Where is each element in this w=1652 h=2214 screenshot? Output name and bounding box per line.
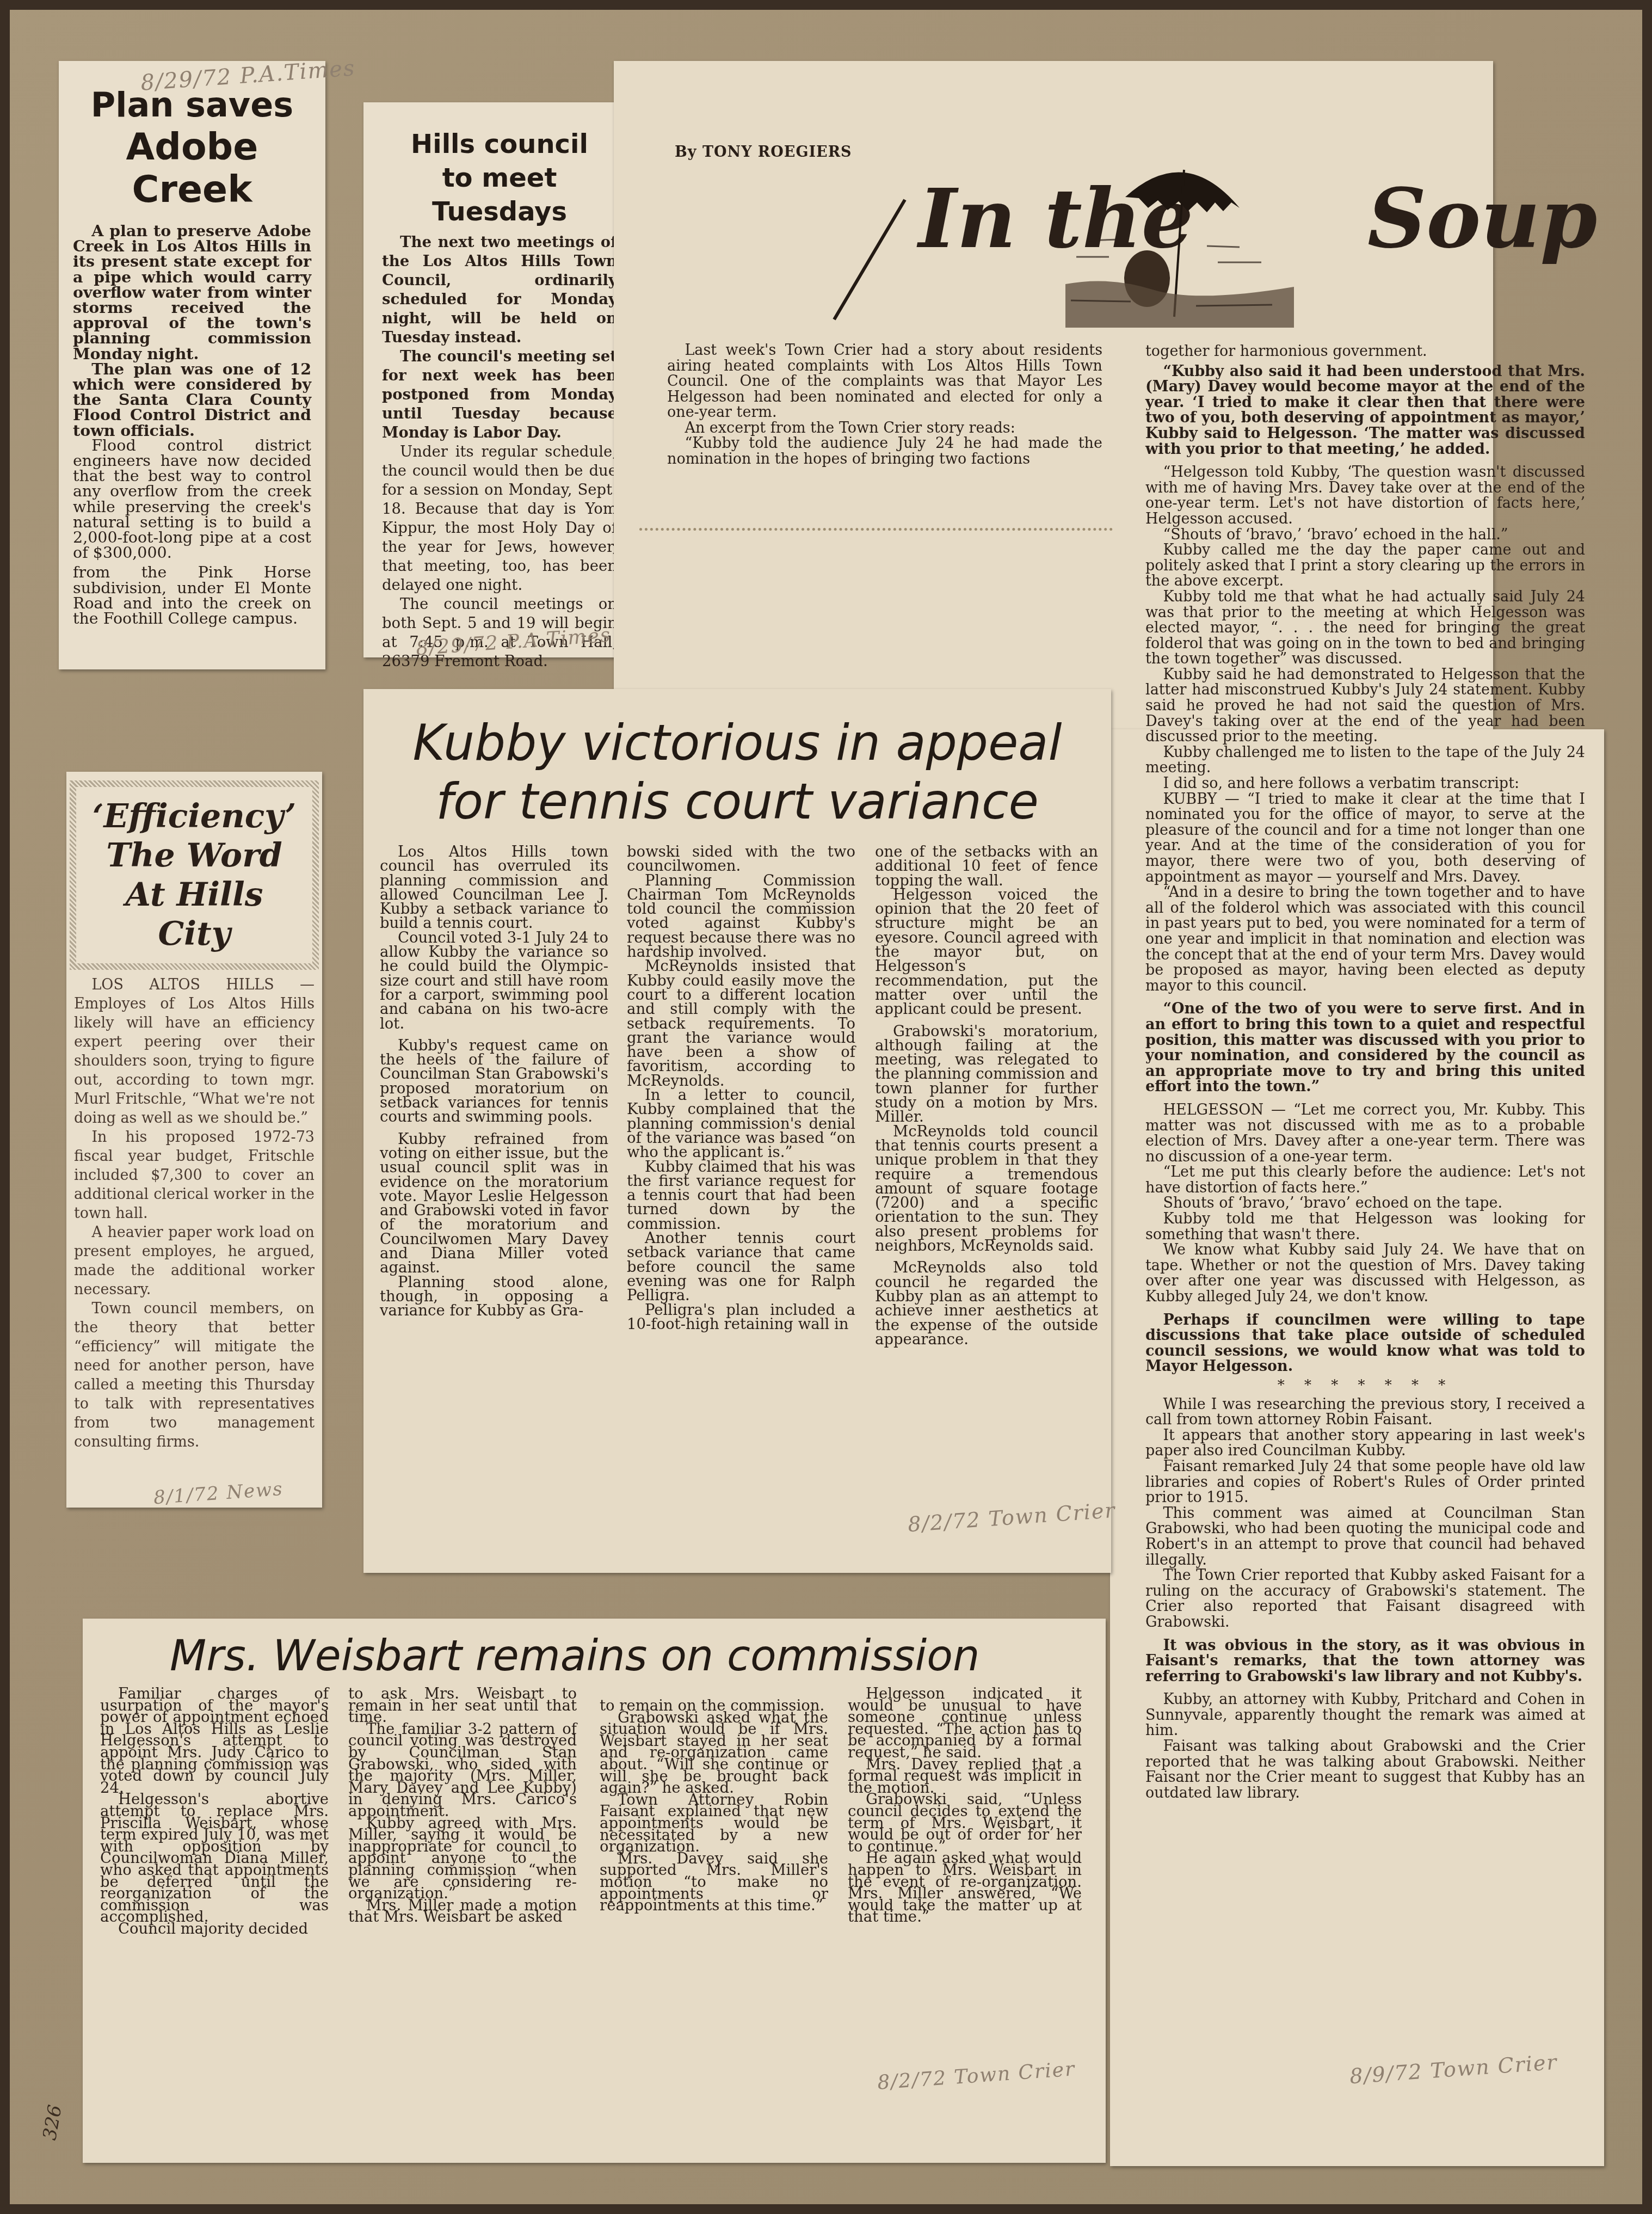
soup-column-1: Last week's Town Crier had a story about…: [667, 343, 1102, 467]
article-column-2: to ask Mrs. Weisbart to remain in her se…: [348, 1688, 577, 1923]
headline: Hills council to meet Tuesdays: [382, 127, 617, 229]
slash-divider-icon: [831, 197, 908, 322]
article-column-3: one of the setbacks with an additional 1…: [875, 845, 1098, 1346]
umbrella-man-illustration-icon: [1044, 148, 1294, 328]
torn-edge: [639, 528, 1113, 534]
handwritten-date: 8/2/72 Town Crier: [877, 2058, 1076, 2094]
clipping-weisbart: Mrs. Weisbart remains on commission Fami…: [83, 1619, 1106, 2163]
headline-box: ‘Efficiency’ The Word At Hills City: [70, 780, 319, 970]
headline: Plan saves Adobe Creek: [73, 84, 311, 211]
article-column-2: bowski sided with the two councilwomen. …: [627, 845, 855, 1331]
article-column-1: Familiar charges of usurpation of the ma…: [100, 1688, 329, 1935]
article-body: A plan to preserve Adobe Creek in Los Al…: [73, 223, 311, 626]
handwritten-date: 8/1/72 News: [153, 1478, 284, 1509]
article-body: The next two meetings of the Los Altos H…: [382, 233, 617, 671]
clipping-efficiency: ‘Efficiency’ The Word At Hills City LOS …: [66, 772, 322, 1508]
headline: Kubby victorious in appeal for tennis co…: [363, 714, 1111, 832]
column-title-right: Soup: [1367, 178, 1597, 260]
byline: By TONY ROEGIERS: [675, 144, 852, 161]
clipping-hills-council: Hills council to meet Tuesdays The next …: [363, 102, 636, 657]
headline: Mrs. Weisbart remains on commission: [170, 1632, 979, 1681]
soup-column-2: together for harmonious government. “Kub…: [1145, 344, 1585, 1801]
soup-header: By TONY ROEGIERS In the Soup: [614, 61, 1604, 333]
clipping-kubby-victorious: Kubby victorious in appeal for tennis co…: [363, 689, 1111, 1573]
clipping-adobe-creek: 8/29/72 P.A.Times Plan saves Adobe Creek…: [59, 61, 325, 669]
article-column-3: to remain on the commission. Grabowski a…: [600, 1700, 828, 1912]
handwritten-date: 8/2/72 Town Crier: [907, 1498, 1117, 1537]
article-column-1: Los Altos Hills town council has overrul…: [380, 845, 608, 1318]
article-column-4: Helgesson indicated it would be unusual …: [848, 1688, 1082, 1923]
section-separator: * * * * * * *: [1145, 1378, 1585, 1394]
article-body: LOS ALTOS HILLS — Employes of Los Altos …: [74, 975, 315, 1452]
